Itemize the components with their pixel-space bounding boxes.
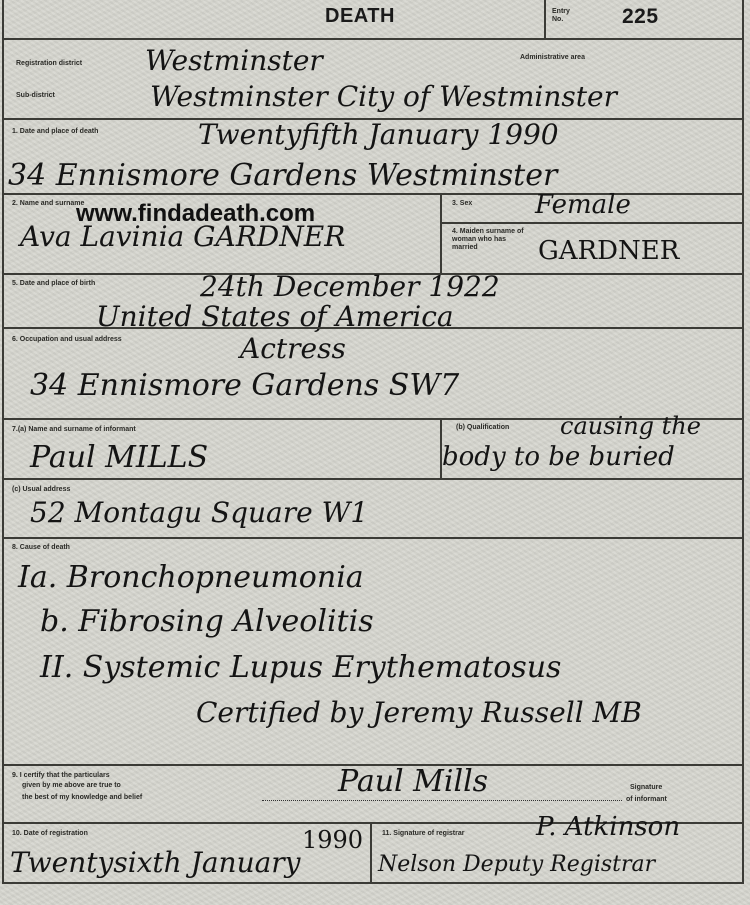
signature-line [262,800,622,801]
divider [2,38,744,40]
date-place-of-birth-label: 5. Date and place of birth [12,280,95,288]
date-of-registration-year: 1990 [302,826,363,854]
divider [370,822,372,884]
date-place-of-death-label: 1. Date and place of death [12,128,98,136]
signature-of-informant-label-1: Signature [630,784,662,792]
certify-label-3: the best of my knowledge and belief [22,794,142,802]
qualification-label: (b) Qualification [456,424,509,432]
registration-district-label: Registration district [16,60,82,68]
date-of-death-value: Twentyfifth January 1990 [198,118,559,151]
sex-label: 3. Sex [452,200,472,208]
maiden-surname-value: GARDNER [538,236,679,266]
informant-address-value: 52 Montagu Square W1 [30,496,368,529]
cause-of-death-2: II. Systemic Lupus Erythematosus [40,650,561,685]
divider [440,193,442,273]
divider [2,193,744,195]
date-of-birth-value: 24th December 1922 [200,270,500,303]
qualification-value-1: causing the [560,412,701,440]
certify-label-1: 9. I certify that the particulars [12,772,110,780]
maiden-surname-label: 4. Maiden surname of woman who has marri… [452,228,532,252]
name-value: Ava Lavinia GARDNER [20,220,345,253]
usual-address-value: 34 Ennismore Gardens SW7 [30,368,459,403]
date-of-registration-label: 10. Date of registration [12,830,88,838]
occupation-address-label: 6. Occupation and usual address [12,336,122,344]
divider [2,537,744,539]
date-of-registration-value: Twentysixth January [10,846,301,879]
signature-of-informant-label-2: of informant [626,796,667,804]
cause-of-death-1a: Ia. Bronchopneumonia [18,560,364,595]
qualification-value-2: body to be buried [442,442,675,472]
sex-value: Female [535,190,631,220]
cause-of-death-1b: b. Fibrosing Alveolitis [40,604,374,639]
registrar-signature: P. Atkinson [536,812,680,842]
name-surname-label: 2. Name and surname [12,200,84,208]
occupation-value: Actress [240,332,346,365]
registrar-name: Nelson Deputy Registrar [378,852,655,877]
subdistrict-label: Sub-district [16,92,55,100]
entry-number: 225 [622,5,659,29]
informant-signature: Paul Mills [338,764,488,799]
informant-address-label: (c) Usual address [12,486,70,494]
administrative-area-label: Administrative area [520,54,585,62]
divider [544,0,546,38]
informant-name-label: 7.(a) Name and surname of informant [12,426,136,434]
cause-of-death-label: 8. Cause of death [12,544,70,552]
certify-label-2: given by me above are true to [22,782,121,790]
divider [2,478,744,480]
place-of-death-value: 34 Ennismore Gardens Westminster [8,158,557,193]
divider [440,222,744,224]
subdistrict-value: Westminster City of Westminster [150,80,617,113]
registration-district-value: Westminster [145,44,323,77]
death-certificate: DEATH Entry No. 225 Registration distric… [0,0,750,905]
entry-label: Entry No. [552,8,578,24]
registrar-signature-label: 11. Signature of registrar [382,830,464,838]
informant-name-value: Paul MILLS [30,440,208,475]
divider [2,327,744,329]
certified-by: Certified by Jeremy Russell MB [196,696,642,729]
certificate-title: DEATH [325,5,395,28]
